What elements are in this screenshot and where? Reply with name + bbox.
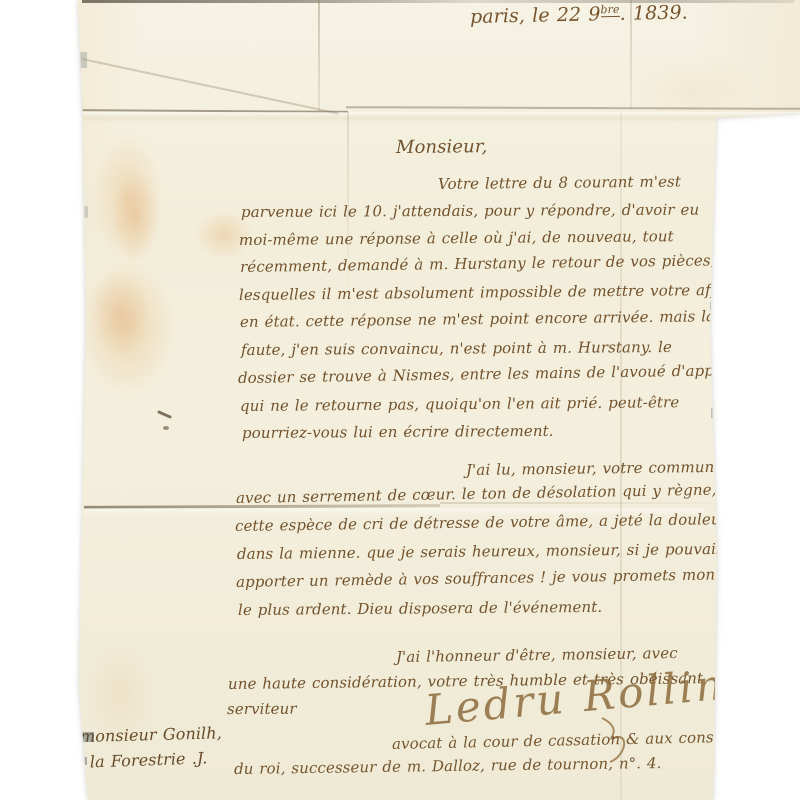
letter-paper: paris, le 22 9bre. 1839. Monsieur, Votre… xyxy=(0,0,800,800)
body-line: Votre lettre du 8 courant m'est xyxy=(438,172,681,193)
body-line: récemment, demandé à m. Hurstany le reto… xyxy=(240,251,756,276)
body-line: le plus ardent. Dieu disposera de l'évén… xyxy=(238,598,602,619)
body-line: avec un serrement de cœur. le ton de dés… xyxy=(236,481,717,507)
addressee-line: monsieur Gonilh, xyxy=(80,723,222,746)
body-line: cette espèce de cri de détresse de votre… xyxy=(235,510,728,535)
stain-mark xyxy=(92,132,164,264)
ink-speck xyxy=(163,426,169,430)
closing-line: serviteur xyxy=(227,700,297,718)
fold-crease-horizontal xyxy=(80,109,348,113)
fold-crease-horizontal xyxy=(346,106,800,110)
scan-artifact xyxy=(711,408,720,418)
body-line: pourriez-vous lui en écrire directement. xyxy=(242,422,554,442)
body-line: qui ne le retourne pas, quoiqu'on l'en a… xyxy=(240,393,679,415)
stain-mark xyxy=(630,52,760,128)
dateline-year: . 1839. xyxy=(619,1,688,24)
stain-mark xyxy=(112,172,160,264)
body-line: faute, j'en suis convaincu, n'est point … xyxy=(241,338,672,359)
scan-background: paris, le 22 9bre. 1839. Monsieur, Votre… xyxy=(0,0,800,800)
body-line: lesquelles il m'est absolument impossibl… xyxy=(239,281,747,304)
scan-artifact xyxy=(712,364,721,373)
body-line: J'ai lu, monsieur, votre communication xyxy=(466,457,767,479)
body-line: moi-même une réponse à celle où j'ai, de… xyxy=(239,227,674,249)
fold-crease-diagonal xyxy=(82,58,339,114)
scan-artifact xyxy=(78,206,88,218)
fold-highlight xyxy=(80,112,800,122)
dateline: paris, le 22 9bre. 1839. xyxy=(470,1,688,28)
scan-artifact xyxy=(710,302,720,310)
body-line: en état. cette réponse ne m'est point en… xyxy=(240,307,715,331)
dateline-main: paris, le 22 9 xyxy=(470,3,601,28)
salutation: Monsieur, xyxy=(396,136,488,158)
letter-scan: paris, le 22 9bre. 1839. Monsieur, Votre… xyxy=(0,0,800,800)
dateline-superscript: bre xyxy=(600,3,619,17)
addressee-line: à la Forestrie .J. xyxy=(74,748,208,772)
ink-speck xyxy=(157,410,172,419)
stain-mark xyxy=(90,272,150,356)
body-line: dossier se trouve à Nismes, entre les ma… xyxy=(238,361,733,387)
body-line: dans la mienne. que je serais heureux, m… xyxy=(237,540,724,563)
fold-crease-vertical xyxy=(318,0,320,111)
credentials-line: du roi, successeur de m. Dalloz, rue de … xyxy=(234,754,662,778)
scan-artifact xyxy=(77,52,87,68)
body-line: parvenue ici le 10. j'attendais, pour y … xyxy=(241,201,699,221)
body-line: apporter un remède à vos souffrances ! j… xyxy=(236,565,752,591)
closing-line: J'ai l'honneur d'être, monsieur, avec xyxy=(396,644,678,666)
stain-mark xyxy=(78,256,176,398)
